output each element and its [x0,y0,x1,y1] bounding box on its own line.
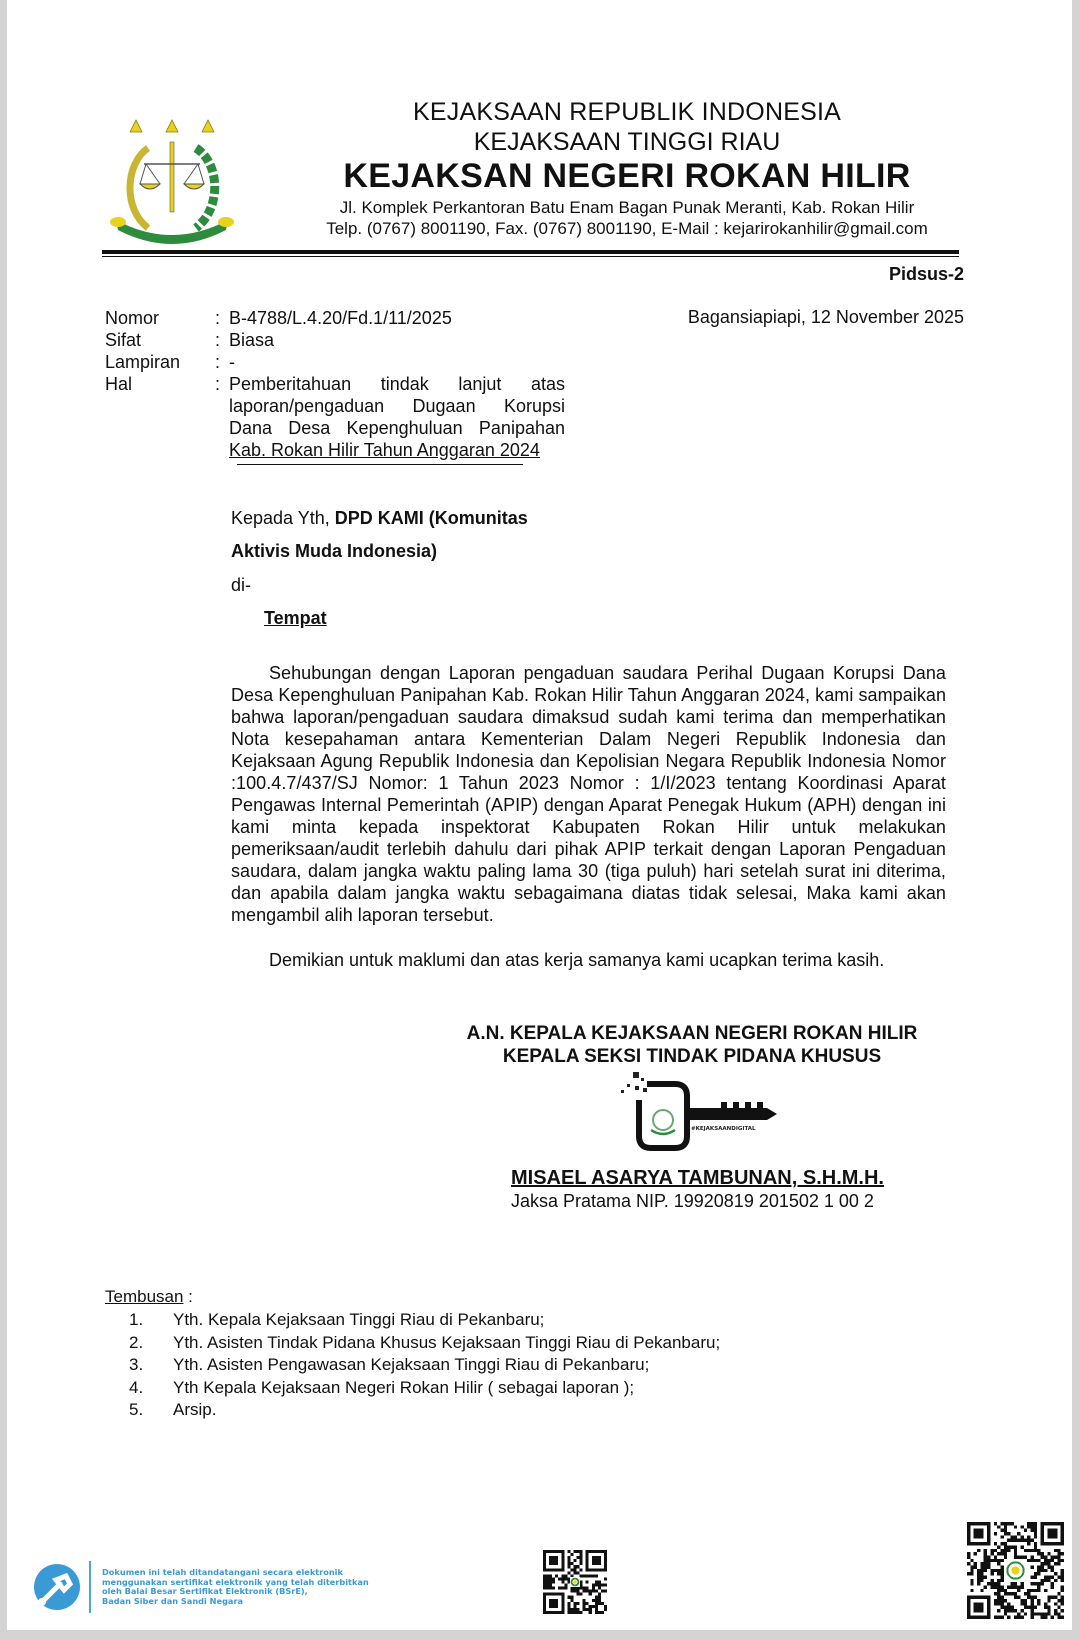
letter-meta: Nomor : B-4788/L.4.20/Fd.1/11/2025 Sifat… [105,307,565,461]
signatory-name: MISAEL ASARYA TAMBUNAN, S.H.M.H. [511,1167,884,1190]
signatory-title1: A.N. KEPALA KEJAKSAAN NEGERI ROKAN HILIR [427,1023,957,1045]
nomor-label: Nomor [105,307,215,329]
letterhead-contact: Telp. (0767) 8001190, Fax. (0767) 800119… [277,219,977,239]
addressee-di: di- [231,575,251,596]
addressee-name: DPD KAMI (Komunitas [335,508,528,528]
meta-row-lampiran: Lampiran : - [105,351,565,373]
addressee-name-cont: Aktivis Muda Indonesia) [231,541,437,562]
list-item: 1.Yth. Kepala Kejaksaan Tinggi Riau di P… [129,1309,720,1332]
sifat-value: Biasa [229,329,559,351]
qr-code-verification-icon[interactable] [967,1522,1064,1619]
document-page: KEJAKSAAN REPUBLIK INDONESIA KEJAKSAAN T… [7,0,1072,1630]
item-text: Yth. Kepala Kejaksaan Tinggi Riau di Pek… [173,1309,544,1332]
signatory-title2: KEPALA SEKSI TINDAK PIDANA KHUSUS [427,1046,957,1068]
meta-row-sifat: Sifat : Biasa [105,329,565,351]
lampiran-label: Lampiran [105,351,215,373]
letterhead-divider-thick [102,250,959,254]
form-code: Pidsus-2 [889,264,964,285]
list-item: 2.Yth. Asisten Tindak Pidana Khusus Keja… [129,1332,720,1355]
digital-signature-key-icon: #KEJAKSAANDIGITAL [617,1070,807,1155]
svg-text:#KEJAKSAANDIGITAL: #KEJAKSAANDIGITAL [691,1126,756,1132]
item-number: 4. [129,1377,173,1400]
colon: : [215,329,229,351]
meta-row-hal: Hal : Pemberitahuan tindak lanjut atas l… [105,373,565,461]
addressee-prefix: Kepada Yth, [231,508,335,528]
hal-line: laporan/pengaduan Dugaan Korupsi [229,395,565,417]
tembusan-list: 1.Yth. Kepala Kejaksaan Tinggi Riau di P… [129,1309,720,1422]
place-date: Bagansiapiapi, 12 November 2025 [688,307,964,328]
tembusan-heading: Tembusan : [105,1287,193,1307]
list-item: 5.Arsip. [129,1399,720,1422]
signatory-nip: Jaksa Pratama NIP. 19920819 201502 1 00 … [511,1191,874,1212]
colon: : [215,373,229,461]
item-text: Yth Kepala Kejaksaan Negeri Rokan Hilir … [173,1377,634,1400]
esign-notice: Dokumen ini telah ditandatangani secara … [102,1568,369,1606]
letterhead-line2: KEJAKSAAN TINGGI RIAU [277,128,977,157]
esign-line: Badan Siber dan Sandi Negara [102,1597,369,1607]
letterhead-divider-thin [102,256,959,257]
tembusan-colon: : [183,1287,192,1306]
list-item: 3.Yth. Asisten Pengawasan Kejaksaan Ting… [129,1354,720,1377]
item-text: Yth. Asisten Tindak Pidana Khusus Kejaks… [173,1332,720,1355]
kejaksaan-emblem-icon [108,118,236,248]
hal-value: Pemberitahuan tindak lanjut atas laporan… [229,373,565,461]
letterhead-office-name: KEJAKSAN NEGERI ROKAN HILIR [277,157,977,196]
item-number: 1. [129,1309,173,1332]
item-text: Arsip. [173,1399,216,1422]
letter-closing: Demikian untuk maklumi dan atas kerja sa… [269,950,884,971]
item-text: Yth. Asisten Pengawasan Kejaksaan Tinggi… [173,1354,649,1377]
tembusan-title: Tembusan [105,1287,183,1306]
list-item: 4.Yth Kepala Kejaksaan Negeri Rokan Hili… [129,1377,720,1400]
letterhead-line1: KEJAKSAAN REPUBLIK INDONESIA [277,98,977,127]
letter-body: Sehubungan dengan Laporan pengaduan saud… [231,662,946,926]
hal-line: Pemberitahuan tindak lanjut atas [229,373,565,395]
hal-line: Kab. Rokan Hilir Tahun Anggaran 2024 [229,439,565,461]
item-number: 2. [129,1332,173,1355]
addressee-tempat: Tempat [264,608,327,629]
addressee-line1: Kepada Yth, DPD KAMI (Komunitas [231,508,528,529]
bsre-logo-icon [32,1562,82,1612]
nomor-value: B-4788/L.4.20/Fd.1/11/2025 [229,307,559,329]
qr-code-icon[interactable] [543,1550,607,1614]
colon: : [215,351,229,373]
letterhead-address: Jl. Komplek Perkantoran Batu Enam Bagan … [277,198,977,218]
footer-divider [89,1561,91,1613]
hal-line: Dana Desa Kepenghuluan Panipahan [229,417,565,439]
colon: : [215,307,229,329]
item-number: 3. [129,1354,173,1377]
lampiran-value: - [229,351,559,373]
hal-underline [237,464,523,465]
item-number: 5. [129,1399,173,1422]
hal-label: Hal [105,373,215,461]
sifat-label: Sifat [105,329,215,351]
meta-row-nomor: Nomor : B-4788/L.4.20/Fd.1/11/2025 [105,307,565,329]
